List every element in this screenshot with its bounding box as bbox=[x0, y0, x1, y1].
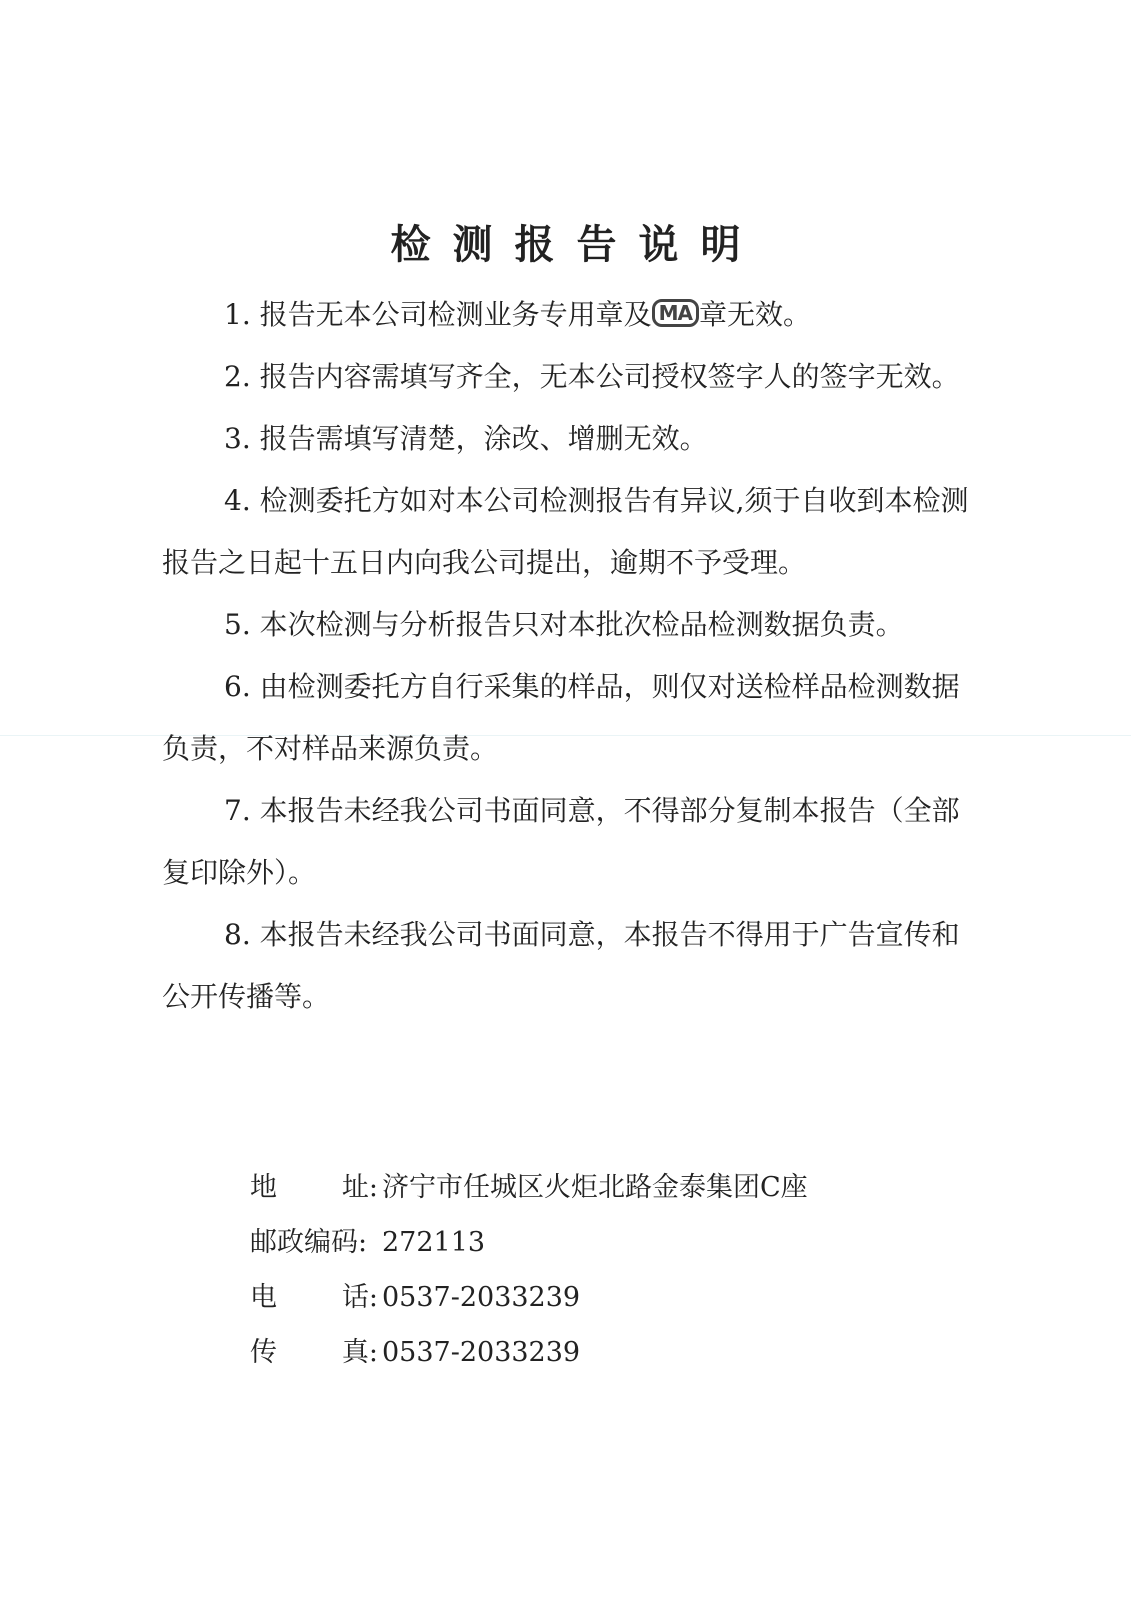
note-number: 6. bbox=[224, 670, 251, 703]
label-part: 话: bbox=[342, 1270, 378, 1325]
note-text: 本次检测与分析报告只对本批次检品检测数据负责。 bbox=[260, 608, 904, 641]
fax-row: 传真: 0537-2033239 bbox=[250, 1325, 808, 1380]
label-part: 址: bbox=[342, 1160, 378, 1215]
phone-value: 0537-2033239 bbox=[382, 1270, 580, 1325]
note-text: 由检测委托方自行采集的样品，则仅对送检样品检测数据负责，不对样品来源负责。 bbox=[162, 670, 960, 765]
note-number: 8. bbox=[224, 918, 251, 951]
note-number: 3. bbox=[224, 422, 251, 455]
note-text: 报告无本公司检测业务专用章及 bbox=[260, 298, 652, 331]
postcode-row: 邮政编码: 272113 bbox=[250, 1215, 808, 1270]
note-item-1: 1. 报告无本公司检测业务专用章及MA章无效。 bbox=[162, 284, 977, 346]
label-part: 传 bbox=[250, 1325, 277, 1380]
address-label: 地址: bbox=[250, 1160, 378, 1215]
cma-stamp-icon: MA bbox=[652, 299, 699, 327]
postcode-label: 邮政编码: bbox=[250, 1215, 378, 1270]
note-text: 检测委托方如对本公司检测报告有异议,须于自收到本检测报告之日起十五日内向我公司提… bbox=[162, 484, 969, 579]
page-title: 检测报告说明 bbox=[0, 213, 1131, 270]
fax-value: 0537-2033239 bbox=[382, 1325, 580, 1380]
address-row: 地址: 济宁市任城区火炬北路金泰集团C座 bbox=[250, 1160, 808, 1215]
note-number: 4. bbox=[224, 484, 251, 517]
phone-label: 电话: bbox=[250, 1270, 378, 1325]
fax-label: 传真: bbox=[250, 1325, 378, 1380]
note-item-2: 2. 报告内容需填写齐全，无本公司授权签字人的签字无效。 bbox=[162, 346, 977, 408]
note-item-4: 4. 检测委托方如对本公司检测报告有异议,须于自收到本检测报告之日起十五日内向我… bbox=[162, 470, 977, 594]
label-part: 电 bbox=[250, 1270, 277, 1325]
note-number: 2. bbox=[224, 360, 251, 393]
note-item-3: 3. 报告需填写清楚，涂改、增删无效。 bbox=[162, 408, 977, 470]
note-text: 报告需填写清楚，涂改、增删无效。 bbox=[260, 422, 708, 455]
label-part: 地 bbox=[250, 1160, 277, 1215]
note-number: 1. bbox=[224, 298, 251, 331]
note-item-8: 8. 本报告未经我公司书面同意，本报告不得用于广告宣传和公开传播等。 bbox=[162, 904, 977, 1028]
note-item-6: 6. 由检测委托方自行采集的样品，则仅对送检样品检测数据负责，不对样品来源负责。 bbox=[162, 656, 977, 780]
note-text: 报告内容需填写齐全，无本公司授权签字人的签字无效。 bbox=[260, 360, 960, 393]
note-number: 5. bbox=[224, 608, 251, 641]
note-text: 本报告未经我公司书面同意，不得部分复制本报告（全部复印除外）。 bbox=[162, 794, 960, 889]
note-text: 章无效。 bbox=[699, 298, 811, 331]
address-value: 济宁市任城区火炬北路金泰集团C座 bbox=[382, 1160, 808, 1215]
note-item-5: 5. 本次检测与分析报告只对本批次检品检测数据负责。 bbox=[162, 594, 977, 656]
notes-list: 1. 报告无本公司检测业务专用章及MA章无效。 2. 报告内容需填写齐全，无本公… bbox=[162, 284, 977, 1028]
postcode-value: 272113 bbox=[382, 1215, 485, 1270]
label-part: 真: bbox=[342, 1325, 378, 1380]
note-number: 7. bbox=[224, 794, 251, 827]
note-text: 本报告未经我公司书面同意，本报告不得用于广告宣传和公开传播等。 bbox=[162, 918, 960, 1013]
label-part: 邮政编码: bbox=[250, 1215, 367, 1270]
contact-info: 地址: 济宁市任城区火炬北路金泰集团C座 邮政编码: 272113 电话: 05… bbox=[250, 1160, 808, 1380]
phone-row: 电话: 0537-2033239 bbox=[250, 1270, 808, 1325]
note-item-7: 7. 本报告未经我公司书面同意，不得部分复制本报告（全部复印除外）。 bbox=[162, 780, 977, 904]
